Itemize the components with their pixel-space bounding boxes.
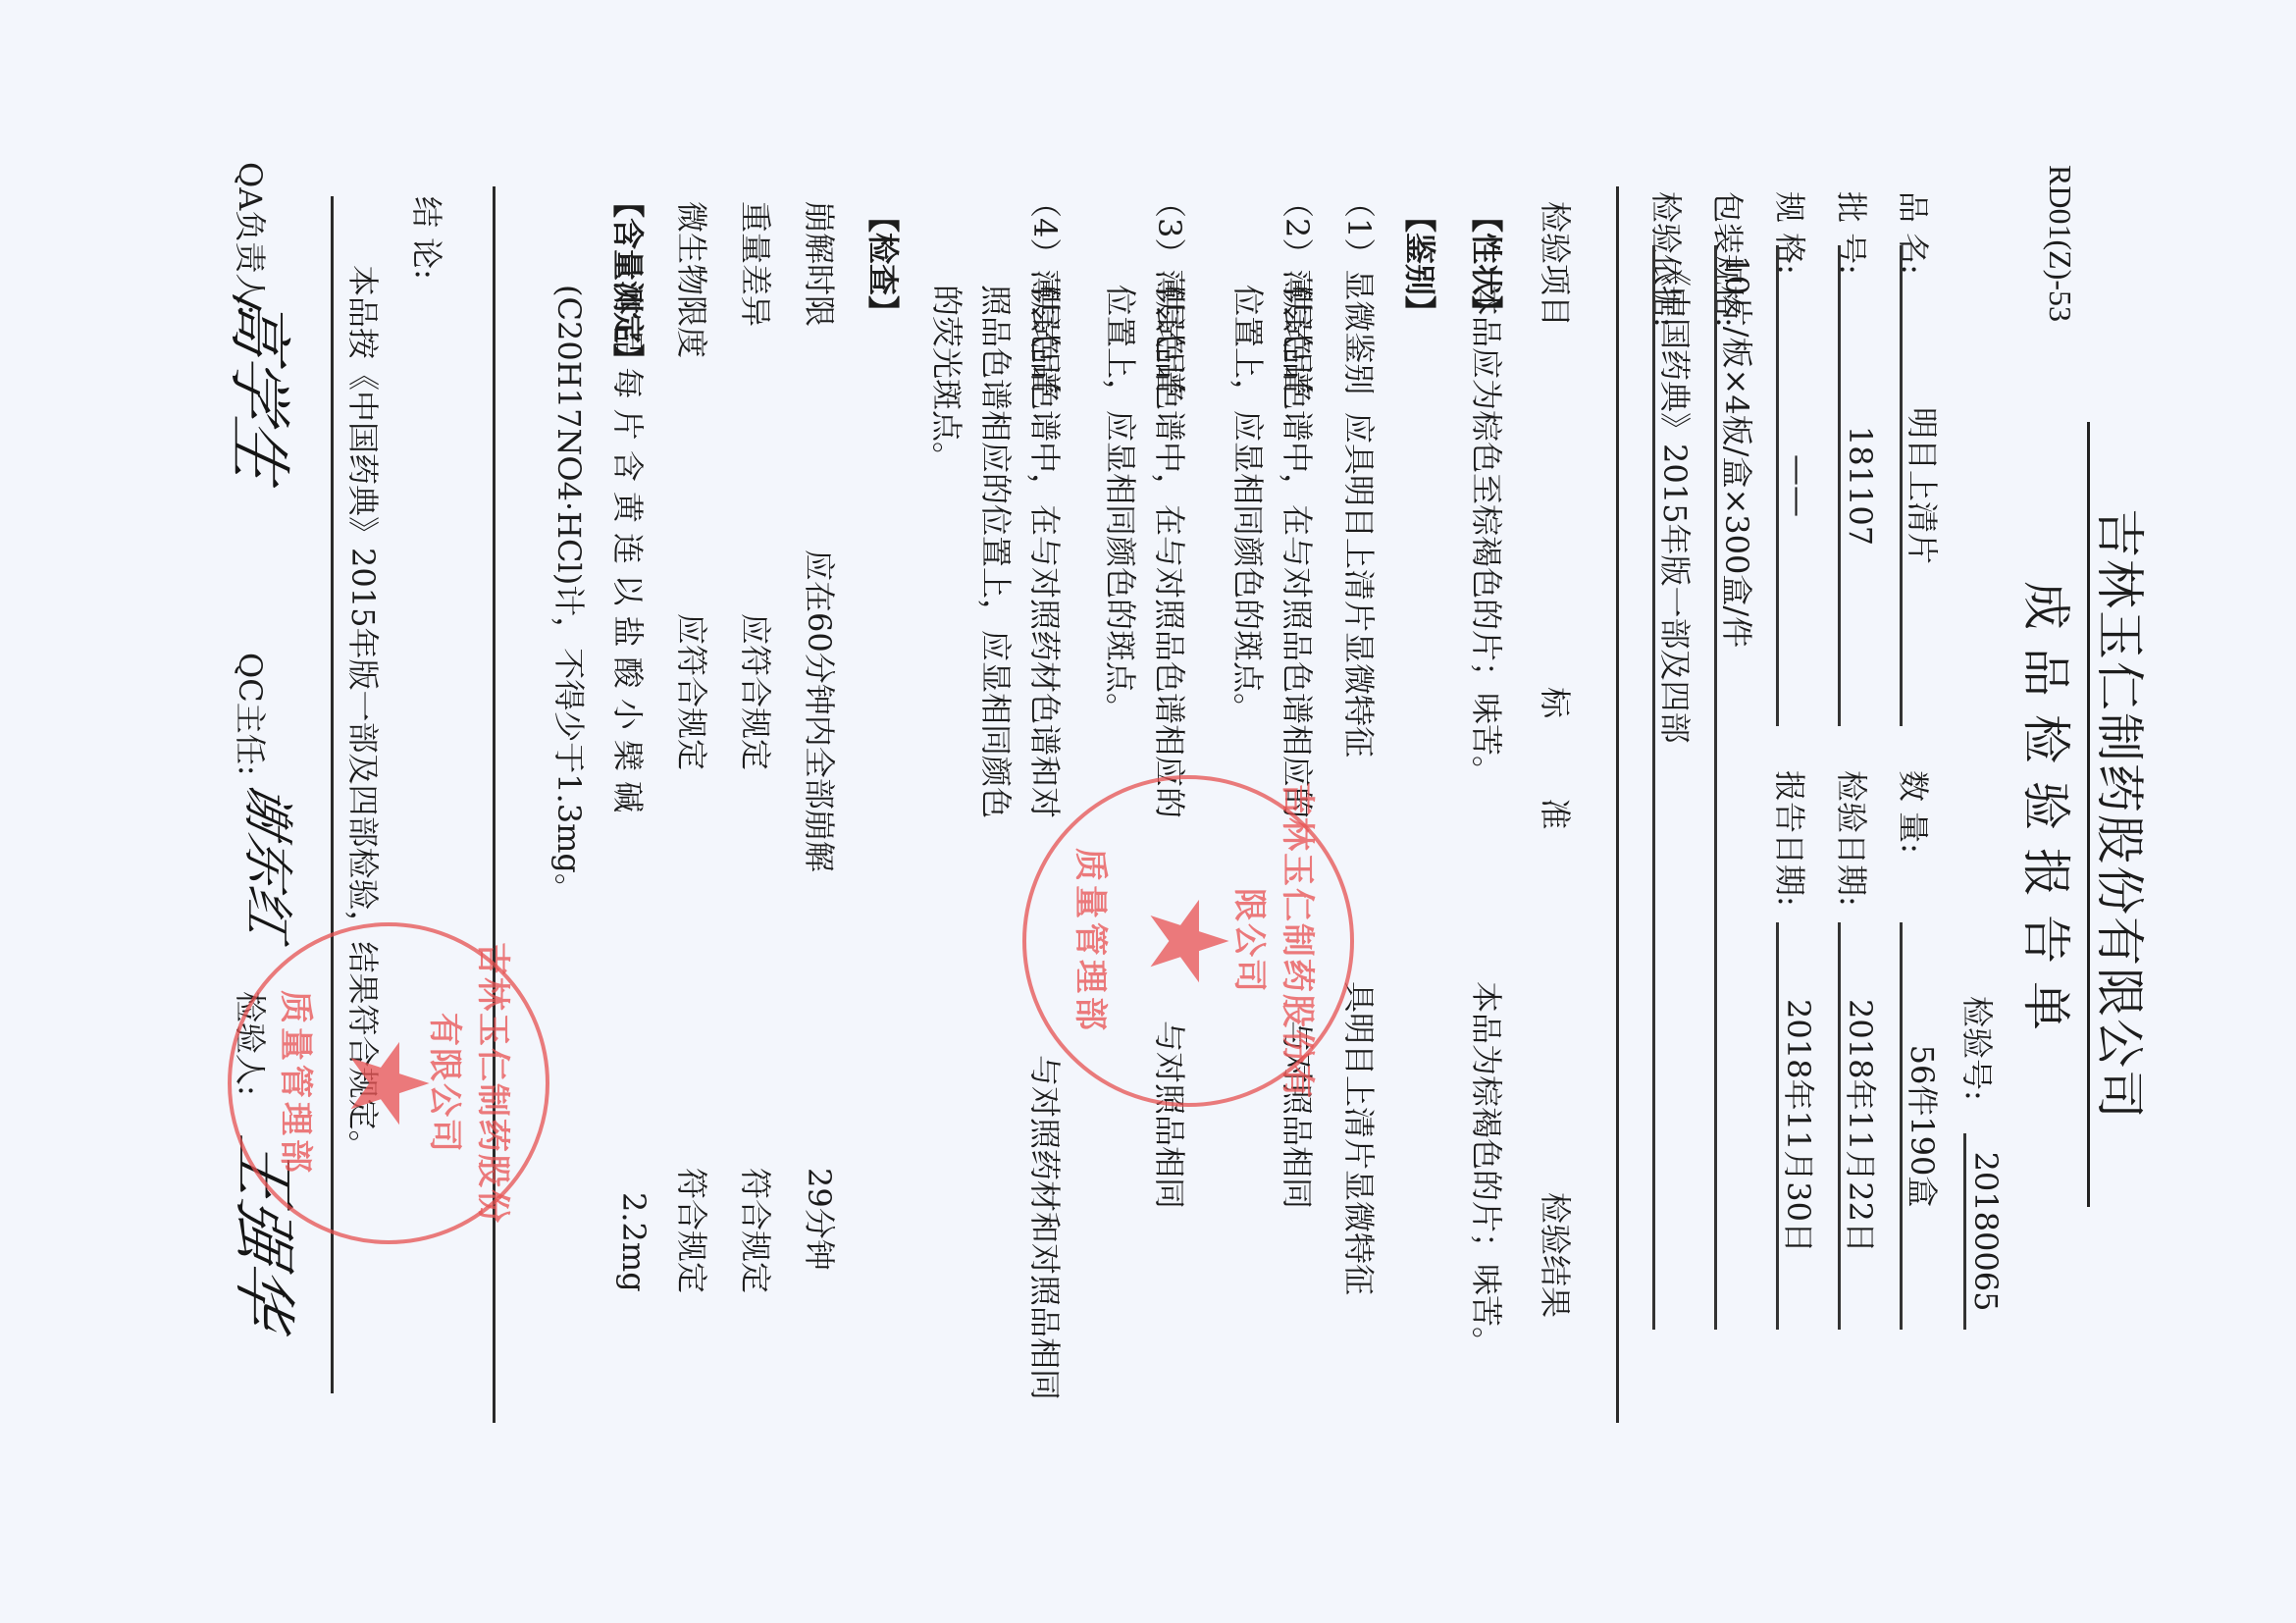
- appearance-standard: 本品应为棕色至棕褐色的片；味苦。: [1466, 285, 1511, 787]
- id3-standard-line2: 位置上，应显相同颜色的斑点。: [1100, 285, 1145, 724]
- weight-variation-result: 符合规定: [735, 1168, 780, 1293]
- col-header-standard: 标 准: [1535, 687, 1580, 829]
- inspector-label: 检验人:: [230, 991, 275, 1096]
- star-icon: ★: [1134, 893, 1242, 990]
- quantity: 56件190盒: [1900, 922, 1942, 1330]
- conclusion-text: 本品按《中国药典》2015年版一部及四部检验，结果符合规定。: [342, 265, 388, 1161]
- col-header-result: 检验结果: [1535, 1192, 1580, 1318]
- weight-variation-standard: 应符合规定: [735, 613, 780, 770]
- id4-standard-line3: 的荧光斑点。: [926, 285, 971, 473]
- table-top-rule: [1616, 186, 1619, 1423]
- package-spec: 10片/板×4板/盒×300盒/件: [1714, 245, 1756, 1330]
- assay-standard-line1: 本 品 每 片 含 黄 连 以 盐 酸 小 檗 碱: [607, 285, 652, 812]
- report-title: 成品检验报告单: [2016, 461, 2075, 1168]
- disintegration-item: 崩解时限: [799, 201, 844, 327]
- product-name: 明目上清片: [1900, 245, 1942, 726]
- stamp-ring-text-2: 吉林玉仁制药股份有限公司: [424, 926, 520, 1240]
- id2-standard-line1: 供试品色谱中，在与对照品色谱相应的: [1277, 285, 1322, 818]
- quantity-label: 数 量:: [1893, 770, 1938, 854]
- qa-signature: 高学生: [219, 285, 309, 493]
- qc-label: QC主任:: [230, 653, 275, 776]
- report-date-label: 报告日期:: [1769, 770, 1814, 907]
- microbial-limit-standard: 应符合规定: [671, 613, 716, 770]
- microbial-limit-result: 符合规定: [671, 1168, 716, 1293]
- assay-standard-line2: (C20H17NO4·HCl)计，不得少于1.3mg。: [548, 285, 594, 905]
- conclusion-label: 结 论:: [406, 196, 451, 280]
- appearance-result: 本品为棕褐色的片；味苦。: [1466, 981, 1511, 1358]
- conclusion-bottom-rule: [331, 196, 334, 1393]
- report-date: 2018年11月30日: [1776, 922, 1818, 1330]
- section-identification: 【鉴别】: [1399, 201, 1444, 327]
- inspect-date-label: 检验日期:: [1831, 770, 1876, 907]
- id3-result: 与对照品相同: [1149, 1021, 1194, 1209]
- id1-item: （1）显微鉴别: [1338, 186, 1383, 394]
- company-name: 吉林玉仁制药股份有限公司: [2087, 422, 2149, 1207]
- form-code: RD01(Z)-53: [2042, 165, 2078, 322]
- disintegration-standard: 应在60分钟内全部崩解: [799, 550, 844, 872]
- id2-standard-line2: 位置上，应显相同颜色的斑点。: [1227, 285, 1273, 724]
- id1-standard: 应具明目上清片显微特征: [1338, 412, 1383, 758]
- id2-result: 与对照品相同: [1277, 1021, 1322, 1209]
- inspection-basis: 《中国药典》2015年版一部及四部: [1652, 245, 1695, 1330]
- batch-number: 181107: [1838, 245, 1880, 726]
- weight-variation-item: 重量差异: [735, 201, 780, 327]
- stamp-center-text: 质量管理部: [1070, 779, 1118, 1103]
- inspector-signature: 王强华: [224, 1128, 314, 1336]
- inspection-report-page: RD01(Z)-53 吉林玉仁制药股份有限公司 成品检验报告单 检验号: 201…: [0, 0, 2296, 1623]
- spec: ——: [1776, 245, 1818, 726]
- id1-result: 具明目上清片显微特征: [1338, 981, 1383, 1295]
- col-header-item: 检验项目: [1535, 201, 1580, 327]
- inspect-date: 2018年11月22日: [1838, 922, 1880, 1330]
- id4-standard-line2: 照品色谱相应的位置上，应显相同颜色: [975, 285, 1020, 818]
- disintegration-result: 29分钟: [799, 1168, 844, 1271]
- section-inspection: 【检查】: [862, 201, 908, 327]
- assay-result: 2.2mg: [615, 1192, 652, 1292]
- report-no-label: 检验号:: [1957, 996, 2002, 1101]
- id3-standard-line1: 供试品色谱中，在与对照品色谱相应的: [1149, 285, 1194, 818]
- id4-result: 与对照药材和对照品相同: [1024, 1055, 1070, 1400]
- microbial-limit-item: 微生物限度: [671, 201, 716, 358]
- table-bottom-rule: [493, 186, 496, 1423]
- qc-signature: 谢东红: [235, 777, 309, 946]
- id4-standard-line1: 供试品色谱中，在与对照药材色谱和对: [1024, 285, 1070, 818]
- report-no: 20180065: [1963, 1133, 2006, 1330]
